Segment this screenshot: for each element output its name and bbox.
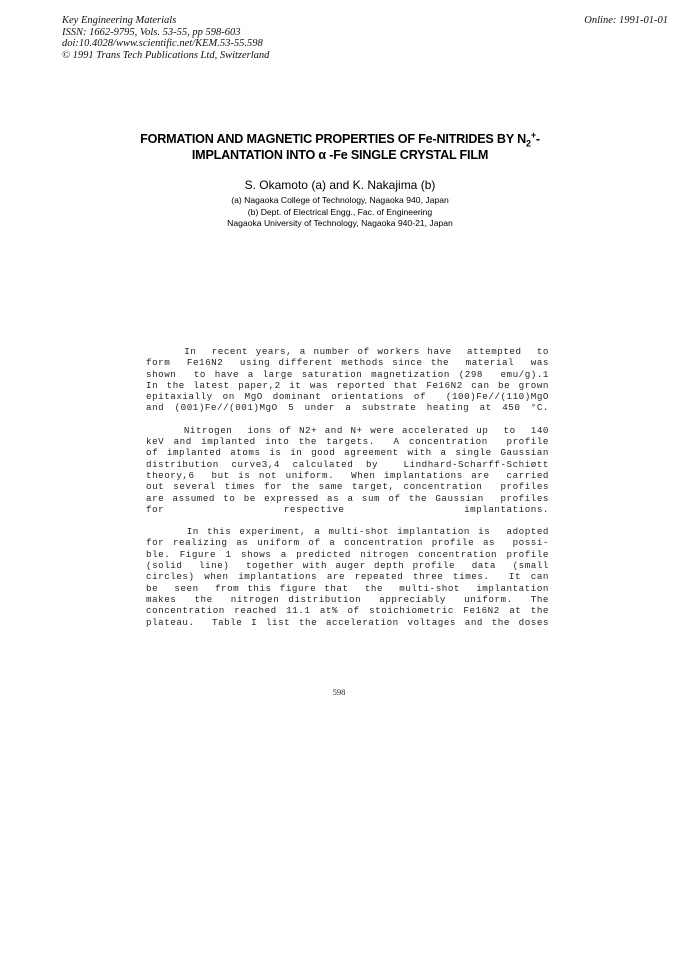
text-line: for realizing as uniform of a concentrat… xyxy=(146,537,549,548)
text-line: In this experiment, a multi-shot implant… xyxy=(146,526,549,537)
affiliation-b: (b) Dept. of Electrical Engg., Fac. of E… xyxy=(100,207,580,219)
text-line: form Fe16N2 using different methods sinc… xyxy=(146,357,549,368)
text-line: are assumed to be expressed as a sum of … xyxy=(146,493,549,504)
authors: S. Okamoto (a) and K. Nakajima (b) xyxy=(100,178,580,192)
text-line: out several times for the same target, c… xyxy=(146,481,549,492)
journal-citation-header: Key Engineering Materials ISSN: 1662-979… xyxy=(62,15,269,61)
text-line: In recent years, a number of workers hav… xyxy=(146,346,549,357)
paragraph-1: In recent years, a number of workers hav… xyxy=(146,346,549,414)
title-line-2: IMPLANTATION INTO α -Fe SINGLE CRYSTAL F… xyxy=(192,148,488,162)
affiliation-b-university: Nagaoka University of Technology, Nagaok… xyxy=(100,218,580,230)
online-date: Online: 1991-01-01 xyxy=(584,15,668,27)
paragraph-2: Nitrogen ions of N2+ and N+ were acceler… xyxy=(146,425,549,515)
doi-line: doi:10.4028/www.scientific.net/KEM.53-55… xyxy=(62,38,269,50)
text-line: (solid line) together with auger depth p… xyxy=(146,560,549,571)
page-number: 598 xyxy=(0,687,678,697)
text-line: plateau. Table I list the acceleration v… xyxy=(146,617,549,628)
text-line: circles) when implantations are repeated… xyxy=(146,571,549,582)
paper-title: FORMATION AND MAGNETIC PROPERTIES OF Fe-… xyxy=(100,131,580,163)
copyright-line: © 1991 Trans Tech Publications Ltd, Swit… xyxy=(62,50,269,62)
text-line: theory,6 but is not uniform. When implan… xyxy=(146,470,549,481)
journal-name: Key Engineering Materials xyxy=(62,15,269,27)
body-text: In recent years, a number of workers hav… xyxy=(146,346,549,639)
title-line-1: FORMATION AND MAGNETIC PROPERTIES OF Fe-… xyxy=(140,132,540,146)
text-line: for respective implantations. xyxy=(146,504,549,515)
text-line: of implanted atoms is in good agreement … xyxy=(146,447,549,458)
affiliations: (a) Nagaoka College of Technology, Nagao… xyxy=(100,195,580,230)
issn-line: ISSN: 1662-9795, Vols. 53-55, pp 598-603 xyxy=(62,27,269,39)
text-line: epitaxially on MgO dominant orientations… xyxy=(146,391,549,402)
text-line: distribution curve3,4 calculated by Lind… xyxy=(146,459,549,470)
text-line: concentration reached 11.1 at% of stoich… xyxy=(146,605,549,616)
text-line: be seen from this figure that the multi-… xyxy=(146,583,549,594)
text-line: keV and implanted into the targets. A co… xyxy=(146,436,549,447)
text-line: shown to have a large saturation magneti… xyxy=(146,369,549,380)
paragraph-3: In this experiment, a multi-shot implant… xyxy=(146,526,549,628)
text-line: makes the nitrogen distribution apprecia… xyxy=(146,594,549,605)
text-line: and (001)Fe//(001)MgO 5 under a substrat… xyxy=(146,402,549,413)
text-line: ble. Figure 1 shows a predicted nitrogen… xyxy=(146,549,549,560)
affiliation-a: (a) Nagaoka College of Technology, Nagao… xyxy=(100,195,580,207)
text-line: In the latest paper,2 it was reported th… xyxy=(146,380,549,391)
text-line: Nitrogen ions of N2+ and N+ were acceler… xyxy=(146,425,549,436)
